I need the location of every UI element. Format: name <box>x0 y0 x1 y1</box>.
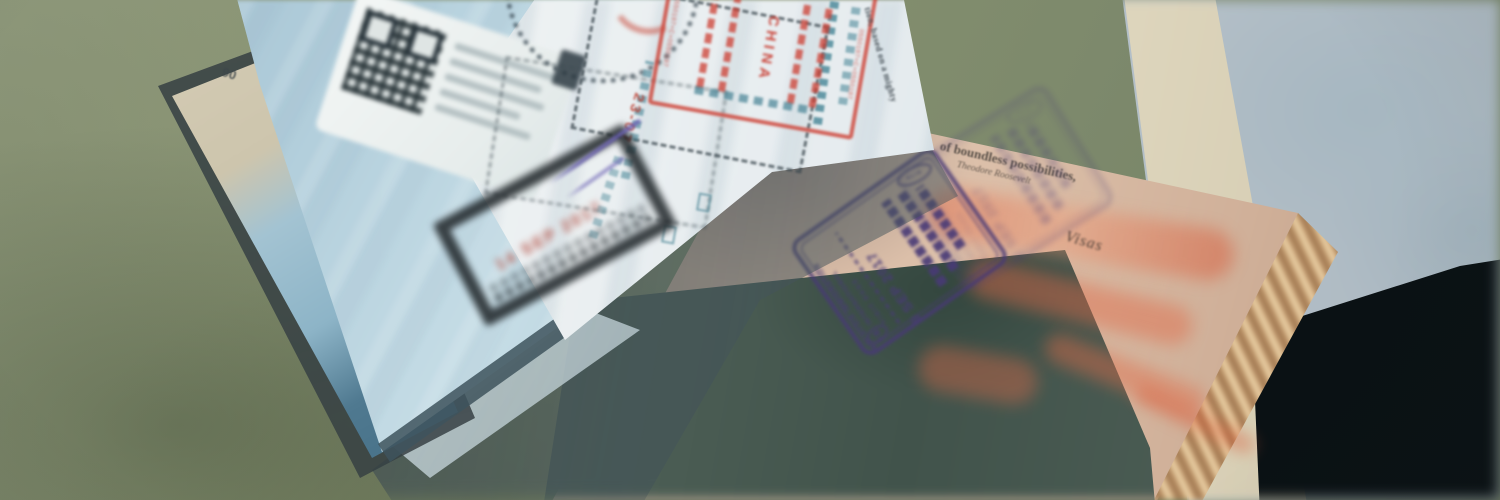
scene: of boundless possibilities, Theodore Roo… <box>0 0 1500 500</box>
stamp-text-bar <box>787 5 811 104</box>
stamp-text-bar <box>696 0 720 88</box>
qr-code-icon <box>341 7 447 115</box>
stamp-text-bar <box>809 9 833 108</box>
stamp-text-bar <box>718 0 742 92</box>
